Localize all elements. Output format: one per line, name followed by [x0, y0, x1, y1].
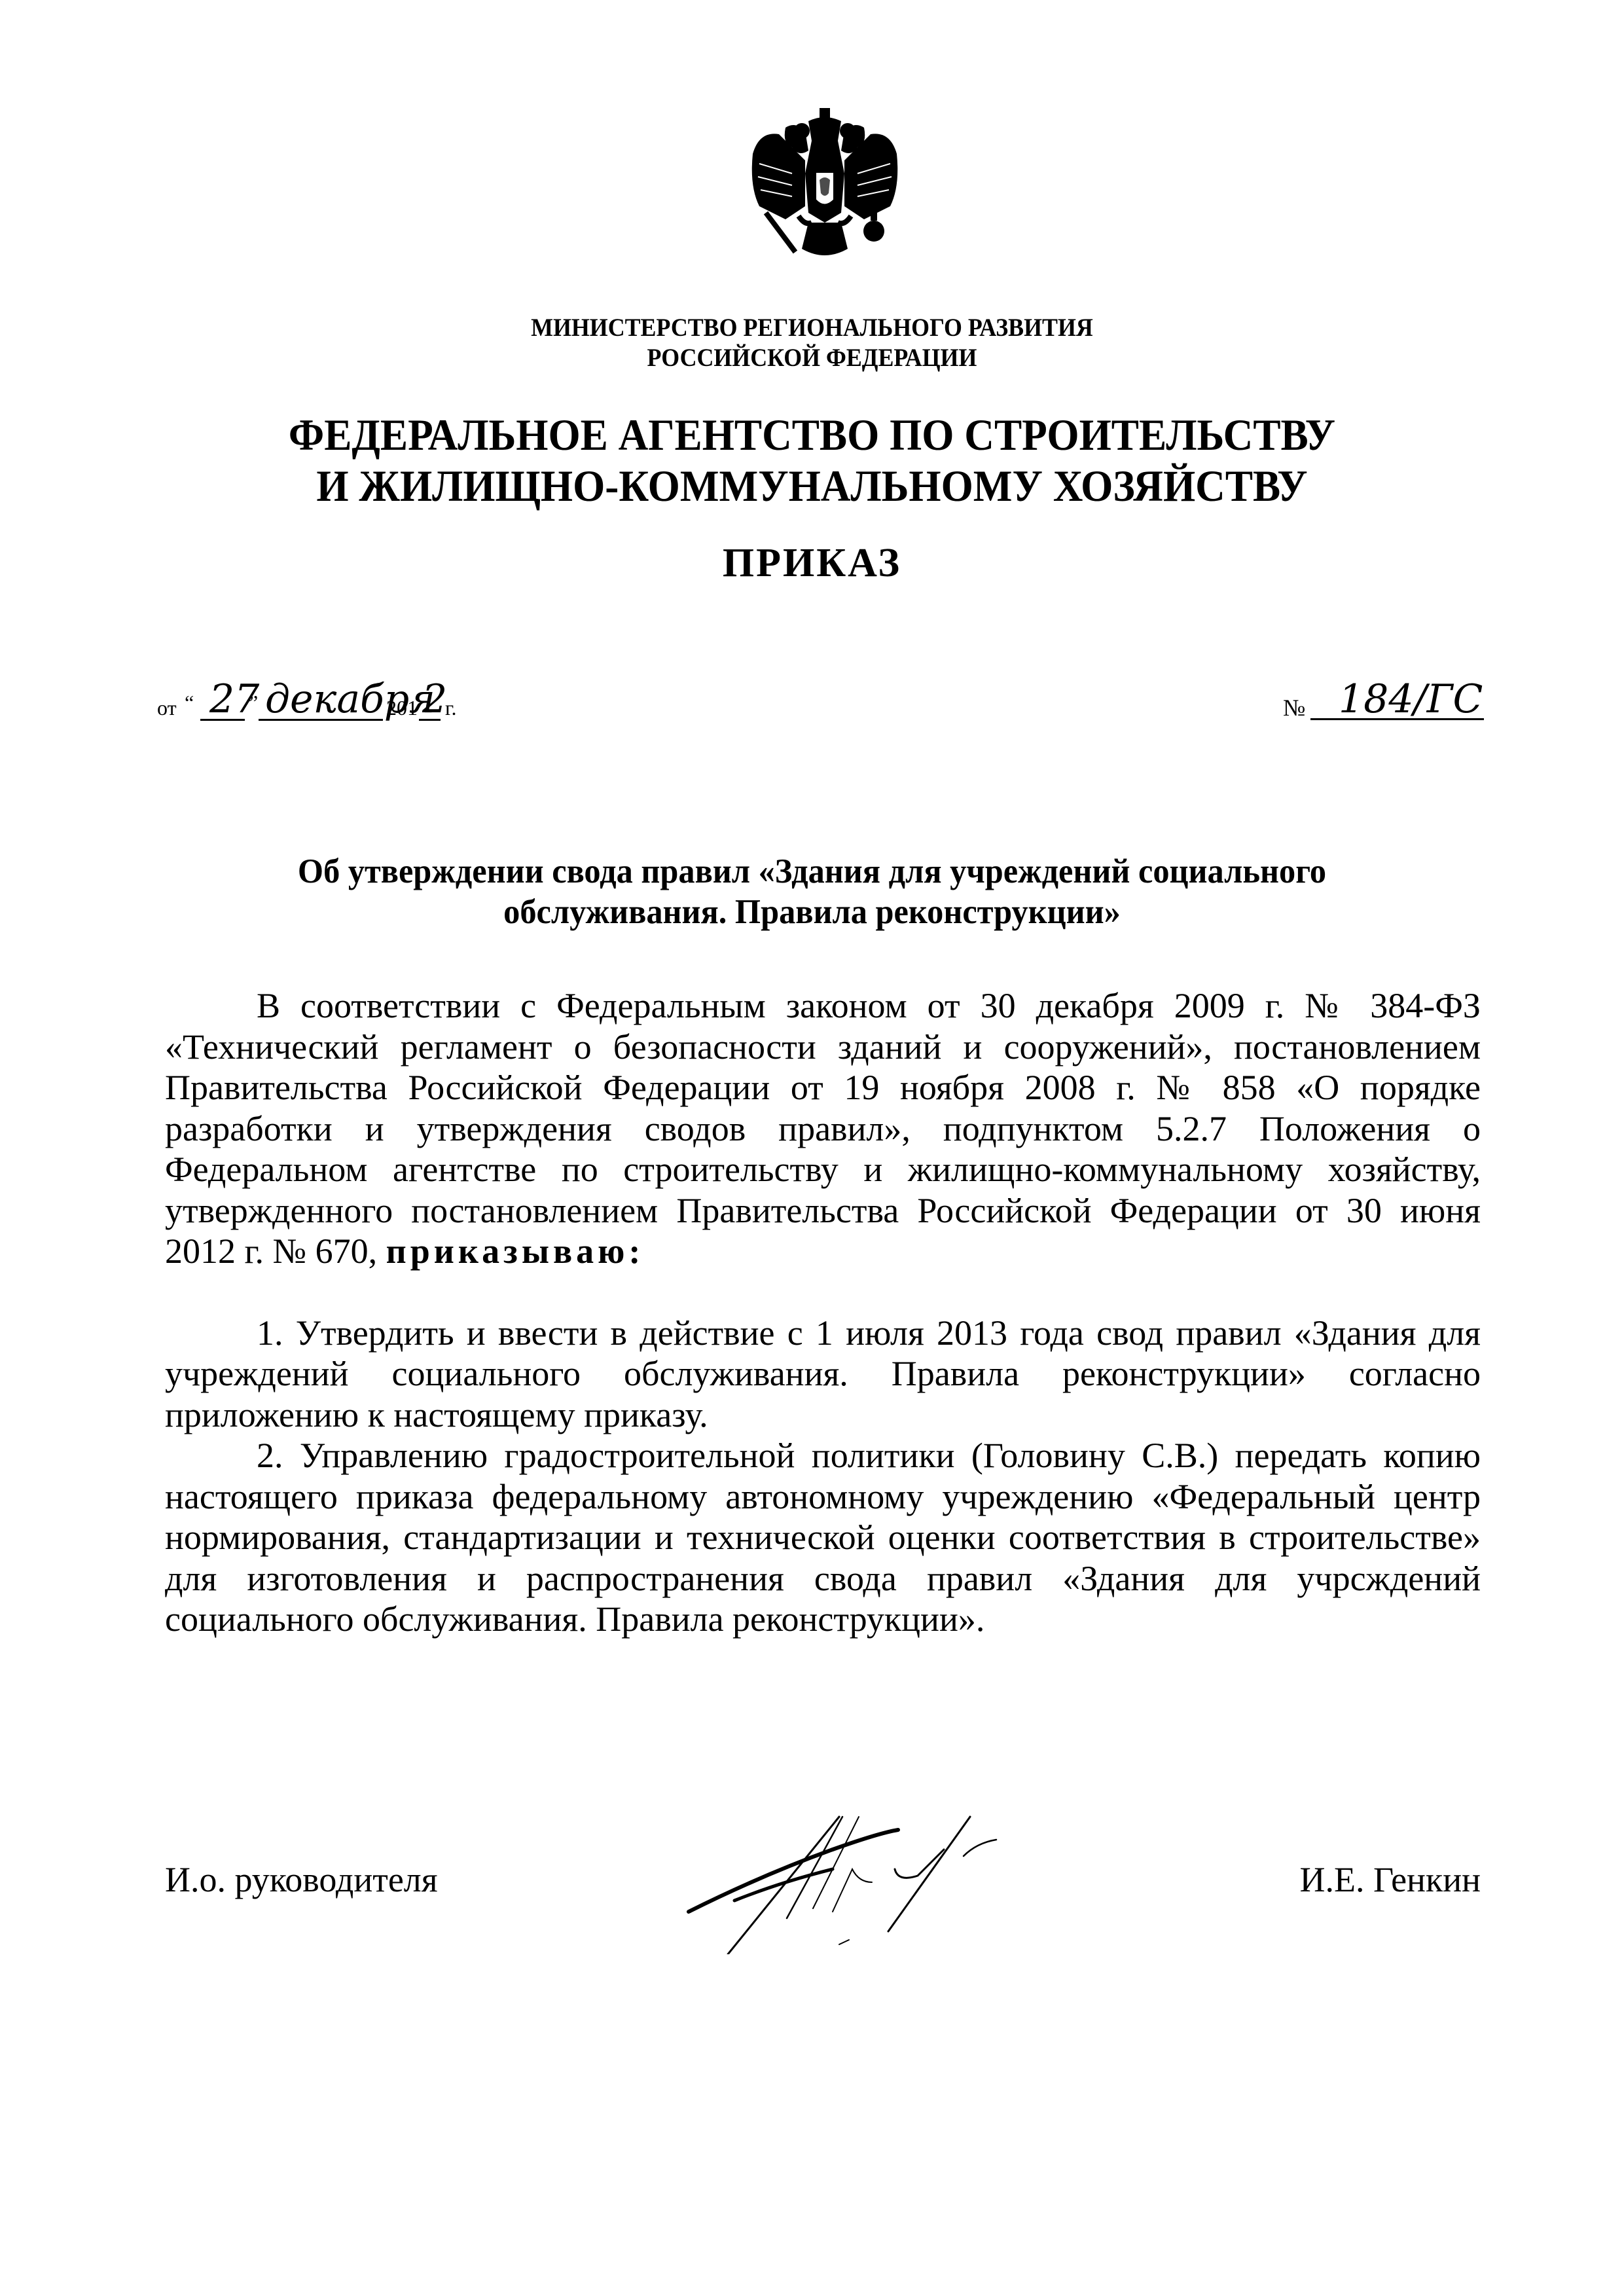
agency-header: ФЕДЕРАЛЬНОЕ АГЕНТСТВО ПО СТРОИТЕЛЬСТВУ И…: [57, 409, 1567, 511]
preamble-text: В соответствии с Федеральным законом от …: [165, 986, 1481, 1271]
date-prefix: от: [157, 696, 177, 720]
order-number-field: № 184/ГС: [1283, 665, 1486, 737]
preamble-paragraph: В соответствии с Федеральным законом от …: [165, 985, 1481, 1272]
signatory-name: И.Е. Генкин: [1300, 1859, 1481, 1900]
signatory-role: И.о. руководителя: [165, 1859, 438, 1900]
ministry-header: МИНИСТЕРСТВО РЕГИОНАЛЬНОГО РАЗВИТИЯ РОСС…: [65, 313, 1559, 373]
order-item-2: 2. Управлению градостроительной политики…: [165, 1435, 1481, 1640]
date-year-prefix: 201: [386, 696, 418, 720]
subject-line-1: Об утверждении свода правил «Здания для …: [41, 851, 1583, 892]
number-underline: [1310, 718, 1484, 720]
ministry-line-1: МИНИСТЕРСТВО РЕГИОНАЛЬНОГО РАЗВИТИЯ: [65, 313, 1559, 343]
date-year-unit: г.: [445, 696, 457, 720]
order-item-1: 1. Утвердить и ввести в действие с 1 июл…: [165, 1313, 1481, 1436]
coat-of-arms-icon: [746, 101, 903, 265]
preamble-emphasis: приказываю:: [386, 1231, 645, 1271]
year-underline: [419, 719, 441, 721]
date-number-row: от “ 27 ” декабря 201 2 г. № 184/ГС: [157, 665, 1486, 737]
order-subject: Об утверждении свода правил «Здания для …: [41, 851, 1583, 932]
agency-line-1: ФЕДЕРАЛЬНОЕ АГЕНТСТВО ПО СТРОИТЕЛЬСТВУ: [57, 409, 1567, 460]
date-close-quote: ”: [249, 691, 258, 715]
subject-line-2: обслуживания. Правила реконструкции»: [41, 892, 1583, 932]
handwritten-signature-icon: [662, 1784, 1081, 1954]
month-underline: [259, 719, 383, 721]
number-label: №: [1283, 694, 1305, 721]
date-year-handwritten: 2: [422, 676, 447, 722]
document-type-title: ПРИКАЗ: [0, 540, 1624, 586]
signature-block: И.о. руководителя И.Е. Генкин: [165, 1846, 1481, 1977]
date-open-quote: “: [185, 691, 194, 715]
day-underline: [200, 719, 245, 721]
order-body: В соответствии с Федеральным законом от …: [165, 985, 1481, 1640]
document-page: МИНИСТЕРСТВО РЕГИОНАЛЬНОГО РАЗВИТИЯ РОСС…: [0, 0, 1624, 2296]
agency-line-2: И ЖИЛИЩНО-КОММУНАЛЬНОМУ ХОЗЯЙСТВУ: [57, 460, 1567, 511]
ministry-line-2: РОССИЙСКОЙ ФЕДЕРАЦИИ: [65, 343, 1559, 373]
order-number-handwritten: 184/ГС: [1339, 676, 1483, 722]
